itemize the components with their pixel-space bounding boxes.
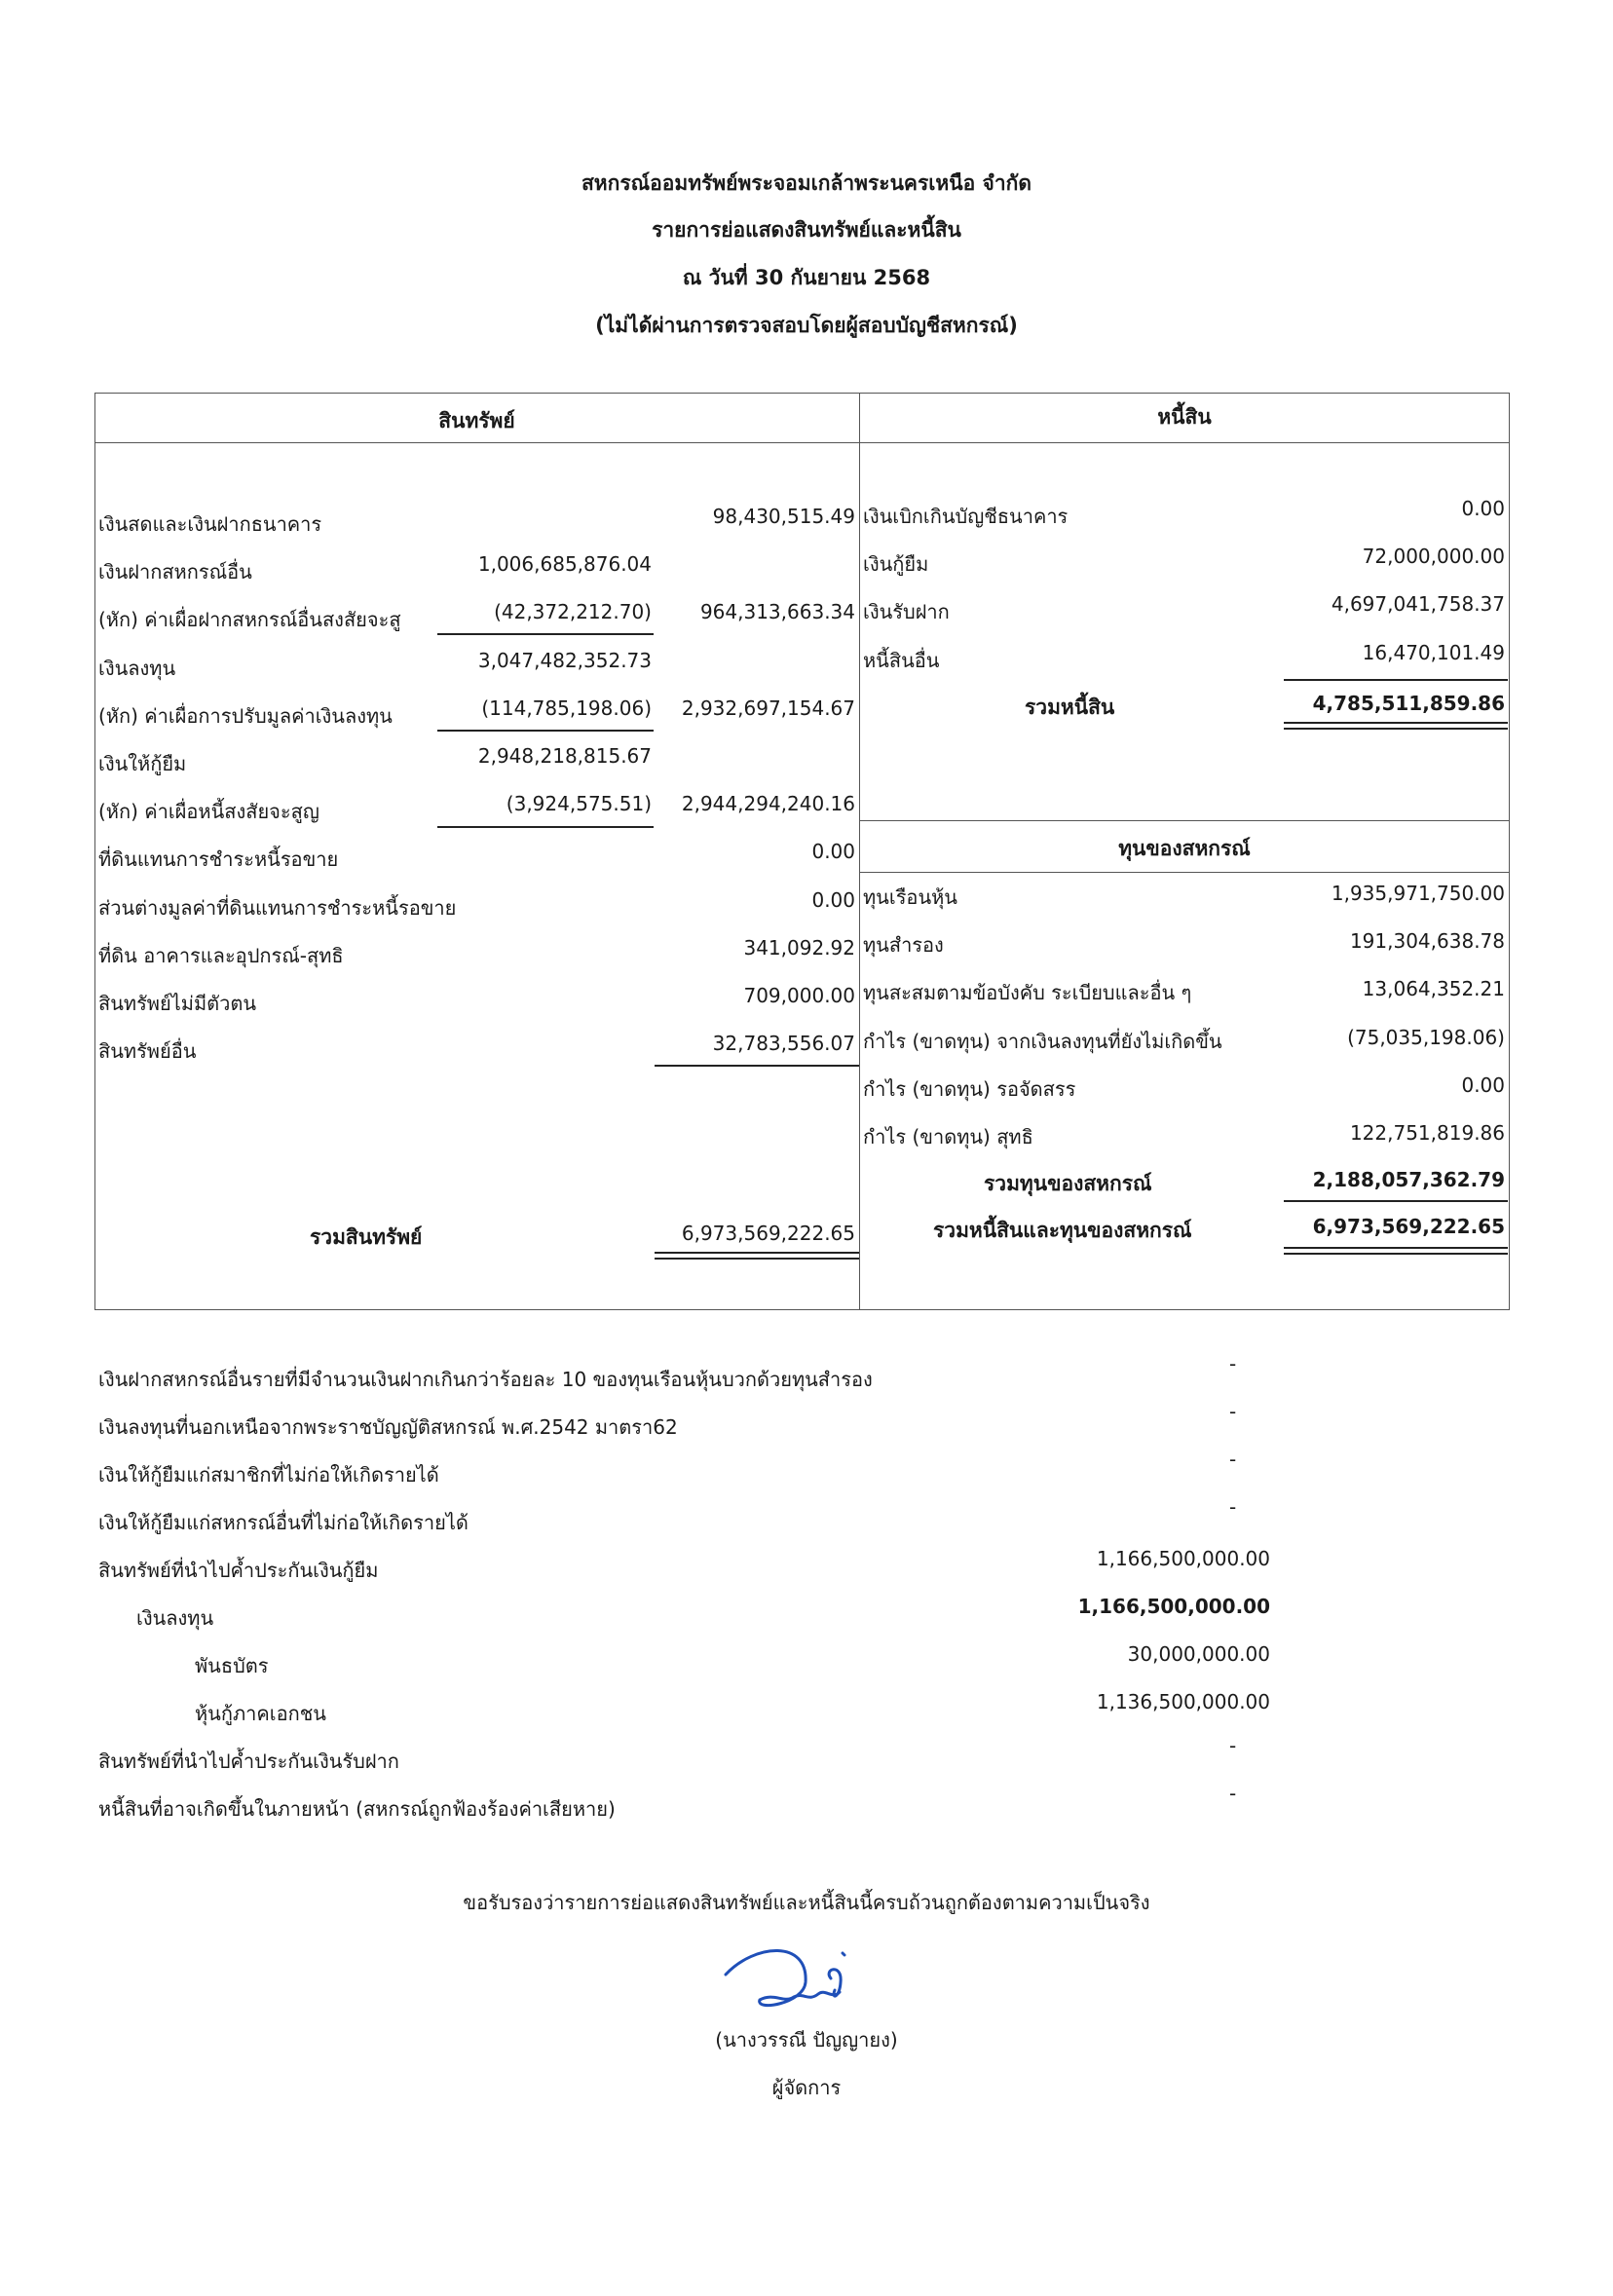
disclosure-value: - <box>1229 1782 1236 1805</box>
equity-row-value: 0.00 <box>1227 1073 1505 1097</box>
equity-section-header-divider <box>859 872 1510 873</box>
equity-row-label: ทุนสำรอง <box>863 929 944 960</box>
subtotal-underline <box>437 633 654 635</box>
asset-row-label: เงินสดและเงินฝากธนาคาร <box>98 508 321 540</box>
asset-row-label: เงินให้กู้ยืม <box>98 748 186 779</box>
equity-row-value: 13,064,352.21 <box>1227 977 1505 1000</box>
total-liabilities-label: รวมหนี้สิน <box>1025 692 1114 724</box>
equity-row-label: กำไร (ขาดทุน) จากเงินลงทุนที่ยังไม่เกิดข… <box>863 1026 1222 1057</box>
asset-row-label: สินทรัพย์อื่น <box>98 1035 196 1067</box>
grand-total-double-underline <box>1284 1247 1508 1255</box>
liability-row-value: 4,697,041,758.37 <box>1227 592 1505 616</box>
equity-row-label: ทุนเรือนหุ้น <box>863 882 957 913</box>
audit-note: (ไม่ได้ผ่านการตรวจสอบโดยผู้สอบบัญชีสหกรณ… <box>0 310 1613 342</box>
asset-row-label: เงินฝากสหกรณ์อื่น <box>98 556 252 587</box>
report-date: ณ วันที่ 30 กันยายน 2568 <box>0 262 1613 294</box>
grand-total-label: รวมหนี้สินและทุนของสหกรณ์ <box>933 1215 1192 1247</box>
disclosure-label: หุ้นกู้ภาคเอกชน <box>195 1698 326 1729</box>
certification-statement: ขอรับรองว่ารายการย่อแสดงสินทรัพย์และหนี้… <box>0 1887 1613 1918</box>
equity-heading: ทุนของสหกรณ์ <box>859 833 1510 865</box>
equity-row-value: 122,751,819.86 <box>1227 1121 1505 1145</box>
liability-row-label: เงินเบิกเกินบัญชีธนาคาร <box>863 501 1068 532</box>
assets-total-underline <box>655 1065 859 1067</box>
disclosure-label: สินทรัพย์ที่นำไปค้ำประกันเงินรับฝาก <box>98 1746 399 1777</box>
disclosure-value: - <box>1229 1400 1236 1423</box>
asset-row-value: 341,092.92 <box>584 936 855 960</box>
asset-row-subvalue: 3,047,482,352.73 <box>429 649 652 672</box>
report-title: รายการย่อแสดงสินทรัพย์และหนี้สิน <box>0 214 1613 246</box>
asset-row-label: ที่ดิน อาคารและอุปกรณ์-สุทธิ <box>98 940 344 971</box>
disclosure-value: - <box>1229 1448 1236 1471</box>
table-header-divider <box>94 442 1510 443</box>
signer-title: ผู้จัดการ <box>0 2072 1613 2103</box>
liabilities-underline <box>1284 679 1508 681</box>
liability-row-value: 0.00 <box>1227 497 1505 520</box>
disclosure-value: 1,136,500,000.00 <box>1032 1690 1270 1713</box>
disclosure-label: เงินให้กู้ยืมแก่สหกรณ์อื่นที่ไม่ก่อให้เก… <box>98 1507 469 1538</box>
disclosure-label: เงินฝากสหกรณ์อื่นรายที่มีจำนวนเงินฝากเกิ… <box>98 1364 873 1395</box>
disclosure-label: หนี้สินที่อาจเกิดขึ้นในภายหน้า (สหกรณ์ถู… <box>98 1793 616 1825</box>
equity-underline <box>1284 1200 1508 1202</box>
asset-row-value: 0.00 <box>584 888 855 912</box>
signer-name: (นางวรรณี ปัญญายง) <box>0 2024 1613 2055</box>
equity-section-top-divider <box>859 820 1510 821</box>
signature-icon <box>716 1943 891 2016</box>
asset-row-label: เงินลงทุน <box>98 653 175 684</box>
disclosure-label: พันธบัตร <box>195 1650 269 1681</box>
disclosure-value: 1,166,500,000.00 <box>1032 1595 1270 1618</box>
asset-row-value: 709,000.00 <box>584 984 855 1007</box>
asset-row-label: (หัก) ค่าเผื่อการปรับมูลค่าเงินลงทุน <box>98 700 393 732</box>
equity-row-label: กำไร (ขาดทุน) สุทธิ <box>863 1121 1033 1152</box>
liability-row-label: เงินรับฝาก <box>863 596 950 627</box>
disclosure-label: เงินให้กู้ยืมแก่สมาชิกที่ไม่ก่อให้เกิดรา… <box>98 1459 439 1490</box>
equity-row-label: กำไร (ขาดทุน) รอจัดสรร <box>863 1073 1075 1105</box>
total-equity-value: 2,188,057,362.79 <box>1227 1168 1505 1191</box>
total-equity-label: รวมทุนของสหกรณ์ <box>984 1168 1151 1200</box>
assets-heading: สินทรัพย์ <box>94 405 859 437</box>
liabilities-heading: หนี้สิน <box>859 401 1510 433</box>
asset-row-value: 32,783,556.07 <box>584 1032 855 1055</box>
equity-row-label: ทุนสะสมตามข้อบังคับ ระเบียบและอื่น ๆ <box>863 977 1191 1008</box>
total-liabilities-double-underline <box>1284 722 1508 730</box>
liability-row-label: หนี้สินอื่น <box>863 645 939 676</box>
disclosure-value: 1,166,500,000.00 <box>1032 1547 1270 1570</box>
grand-total-value: 6,973,569,222.65 <box>1227 1215 1505 1238</box>
disclosure-value: - <box>1229 1352 1236 1375</box>
asset-row-value: 0.00 <box>584 840 855 863</box>
liability-row-label: เงินกู้ยืม <box>863 548 928 580</box>
subtotal-underline <box>437 826 654 828</box>
total-assets-label: รวมสินทรัพย์ <box>310 1222 422 1254</box>
asset-row-subvalue: 2,948,218,815.67 <box>429 744 652 768</box>
disclosure-label: สินทรัพย์ที่นำไปค้ำประกันเงินกู้ยืม <box>98 1555 378 1586</box>
subtotal-underline <box>437 730 654 732</box>
asset-row-label: (หัก) ค่าเผื่อหนี้สงสัยจะสูญ <box>98 796 319 827</box>
asset-row-value: 964,313,663.34 <box>584 600 855 623</box>
disclosure-label: เงินลงทุน <box>136 1602 213 1634</box>
disclosure-value: 30,000,000.00 <box>1032 1642 1270 1666</box>
disclosure-label: เงินลงทุนที่นอกเหนือจากพระราชบัญญัติสหกร… <box>98 1411 678 1443</box>
asset-row-label: ที่ดินแทนการชำระหนี้รอขาย <box>98 844 338 875</box>
equity-row-value: 1,935,971,750.00 <box>1227 882 1505 905</box>
liability-row-value: 72,000,000.00 <box>1227 545 1505 568</box>
asset-row-label: ส่วนต่างมูลค่าที่ดินแทนการชำระหนี้รอขาย <box>98 892 456 923</box>
total-assets-double-underline <box>655 1252 859 1260</box>
equity-row-value: 191,304,638.78 <box>1227 929 1505 953</box>
asset-row-label: (หัก) ค่าเผื่อฝากสหกรณ์อื่นสงสัยจะสู <box>98 604 401 635</box>
asset-row-value: 2,944,294,240.16 <box>584 792 855 815</box>
total-liabilities-value: 4,785,511,859.86 <box>1227 692 1505 715</box>
organization-name: สหกรณ์ออมทรัพย์พระจอมเกล้าพระนครเหนือ จำ… <box>0 168 1613 200</box>
asset-row-label: สินทรัพย์ไม่มีตัวตน <box>98 988 256 1019</box>
disclosure-value: - <box>1229 1495 1236 1519</box>
equity-row-value: (75,035,198.06) <box>1227 1026 1505 1049</box>
disclosure-value: - <box>1229 1734 1236 1757</box>
liability-row-value: 16,470,101.49 <box>1227 641 1505 664</box>
total-assets-value: 6,973,569,222.65 <box>584 1222 855 1245</box>
asset-row-value: 98,430,515.49 <box>584 505 855 528</box>
asset-row-value: 2,932,697,154.67 <box>584 696 855 720</box>
asset-row-subvalue: 1,006,685,876.04 <box>429 552 652 576</box>
